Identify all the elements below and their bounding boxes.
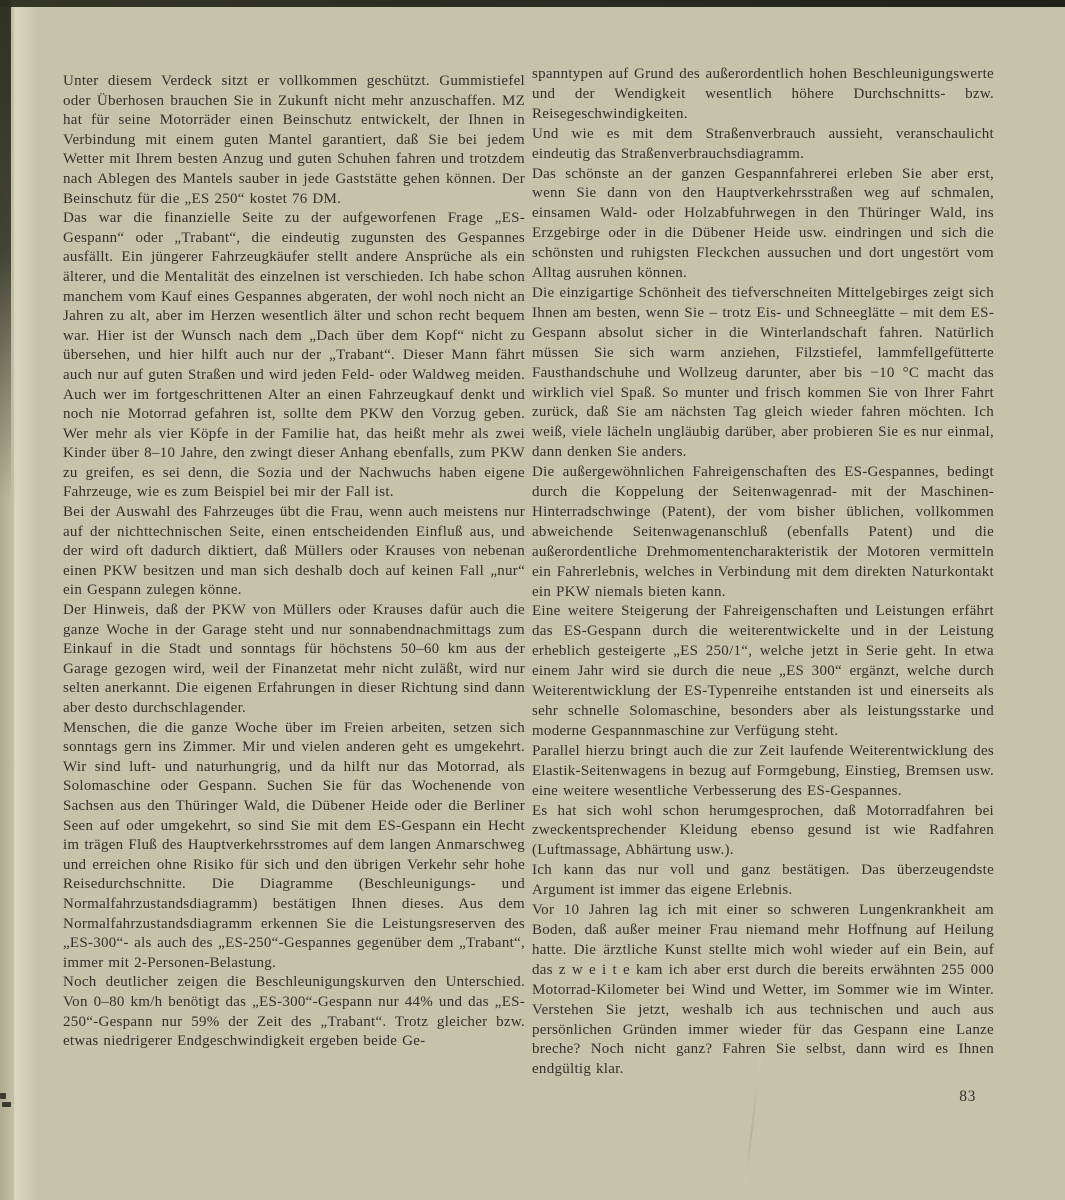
- paragraph: Bei der Auswahl des Fahrzeuges übt die F…: [63, 503, 525, 601]
- page-curl-highlight: [14, 0, 40, 1200]
- page-number: 83: [532, 1088, 976, 1106]
- paragraph: Vor 10 Jahren lag ich mit einer so schwe…: [532, 901, 994, 1080]
- paragraph: Das war die finanzielle Seite zu der auf…: [63, 209, 525, 503]
- right-text-column: spanntypen auf Grund des außerordentlich…: [532, 65, 994, 1080]
- paper-speck: [2, 1102, 11, 1107]
- photo-edge-left: [0, 0, 11, 500]
- paragraph: Noch deutlicher zeigen die Beschleunigun…: [63, 973, 525, 1051]
- paragraph: Der Hinweis, daß der PKW von Müllers ode…: [63, 601, 525, 719]
- paper-speck: [0, 1093, 6, 1099]
- paragraph: Es hat sich wohl schon herumgesprochen, …: [532, 802, 994, 862]
- paragraph: Das schönste an der ganzen Gespannfahrer…: [532, 165, 994, 284]
- paragraph: Unter diesem Verdeck sitzt er vollkommen…: [63, 72, 525, 209]
- paragraph: Und wie es mit dem Straßenverbrauch auss…: [532, 125, 994, 165]
- photo-edge-top: [0, 0, 1065, 7]
- scanned-book-page-photo: { "page": { "number": "83", "language": …: [0, 0, 1065, 1200]
- paragraph: Die außergewöhnlichen Fahreigenschaften …: [532, 463, 994, 602]
- paragraph: Ich kann das nur voll und ganz bestätige…: [532, 861, 994, 901]
- paragraph: spanntypen auf Grund des außerordentlich…: [532, 65, 994, 125]
- paragraph: Die einzigartige Schönheit des tiefversc…: [532, 284, 994, 463]
- paragraph: Eine weitere Steigerung der Fahreigensch…: [532, 602, 994, 741]
- left-text-column: Unter diesem Verdeck sitzt er vollkommen…: [63, 72, 525, 1052]
- paragraph: Parallel hierzu bringt auch die zur Zeit…: [532, 742, 994, 802]
- paragraph: Menschen, die die ganze Woche über im Fr…: [63, 719, 525, 974]
